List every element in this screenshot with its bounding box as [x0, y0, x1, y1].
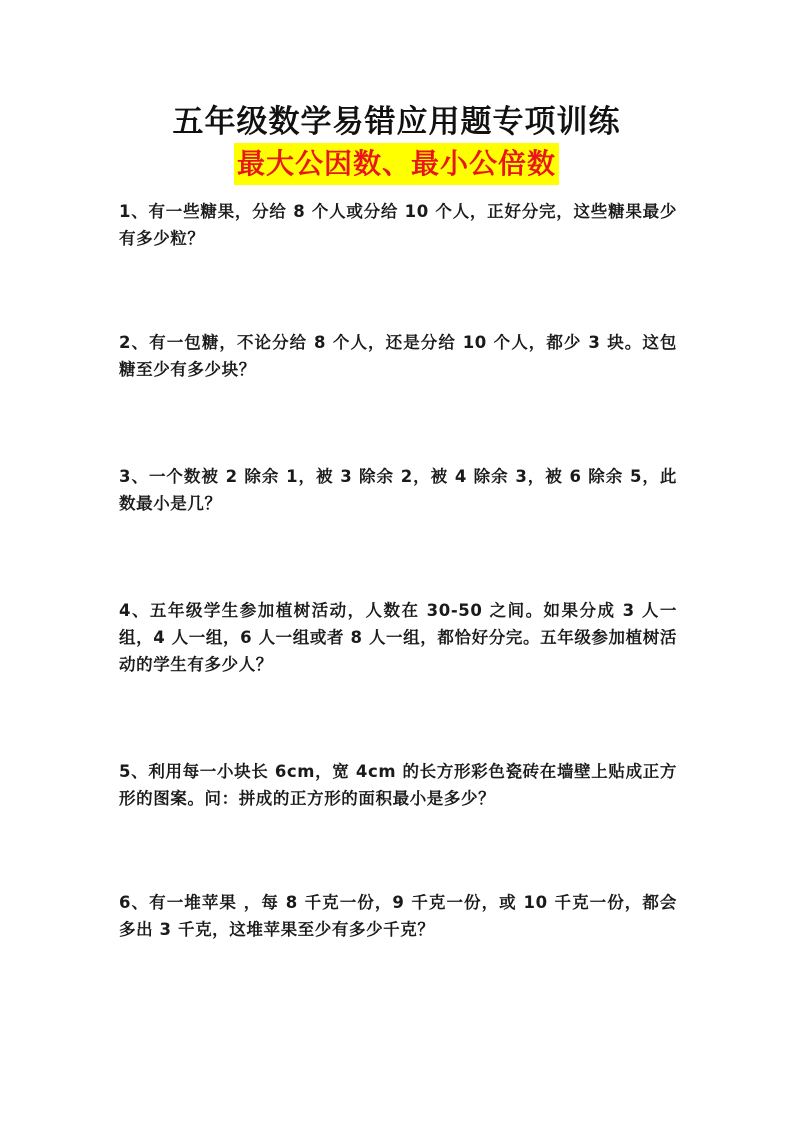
- question-3: 3、一个数被 2 除余 1，被 3 除余 2，被 4 除余 3，被 6 除余 5…: [119, 463, 677, 517]
- subtitle-container: 最大公因数、最小公倍数: [0, 143, 793, 185]
- question-number: 6、: [119, 893, 149, 912]
- subtitle-highlight: 最大公因数、最小公倍数: [234, 143, 559, 185]
- question-number: 1、: [119, 202, 149, 221]
- question-2: 2、有一包糖，不论分给 8 个人，还是分给 10 个人，都少 3 块。这包糖至少…: [119, 329, 677, 383]
- question-5: 5、利用每一小块长 6cm，宽 4cm 的长方形彩色瓷砖在墙壁上贴成正方形的图案…: [119, 758, 677, 812]
- question-text: 五年级学生参加植树活动，人数在 30-50 之间。如果分成 3 人一组，4 人一…: [119, 601, 677, 674]
- question-6: 6、有一堆苹果 ，每 8 千克一份，9 千克一份，或 10 千克一份，都会多出 …: [119, 889, 677, 943]
- question-text: 利用每一小块长 6cm，宽 4cm 的长方形彩色瓷砖在墙壁上贴成正方形的图案。问…: [119, 762, 677, 808]
- question-1: 1、有一些糖果，分给 8 个人或分给 10 个人，正好分完，这些糖果最少有多少粒…: [119, 198, 677, 252]
- question-text: 有一堆苹果 ，每 8 千克一份，9 千克一份，或 10 千克一份，都会多出 3 …: [119, 893, 677, 939]
- question-number: 4、: [119, 601, 150, 620]
- question-number: 3、: [119, 467, 149, 486]
- question-4: 4、五年级学生参加植树活动，人数在 30-50 之间。如果分成 3 人一组，4 …: [119, 597, 677, 678]
- question-number: 2、: [119, 333, 149, 352]
- question-text: 有一包糖，不论分给 8 个人，还是分给 10 个人，都少 3 块。这包糖至少有多…: [119, 333, 677, 379]
- question-number: 5、: [119, 762, 148, 781]
- question-text: 有一些糖果，分给 8 个人或分给 10 个人，正好分完，这些糖果最少有多少粒？: [119, 202, 677, 248]
- page-title: 五年级数学易错应用题专项训练: [0, 100, 793, 144]
- question-text: 一个数被 2 除余 1，被 3 除余 2，被 4 除余 3，被 6 除余 5，此…: [119, 467, 677, 513]
